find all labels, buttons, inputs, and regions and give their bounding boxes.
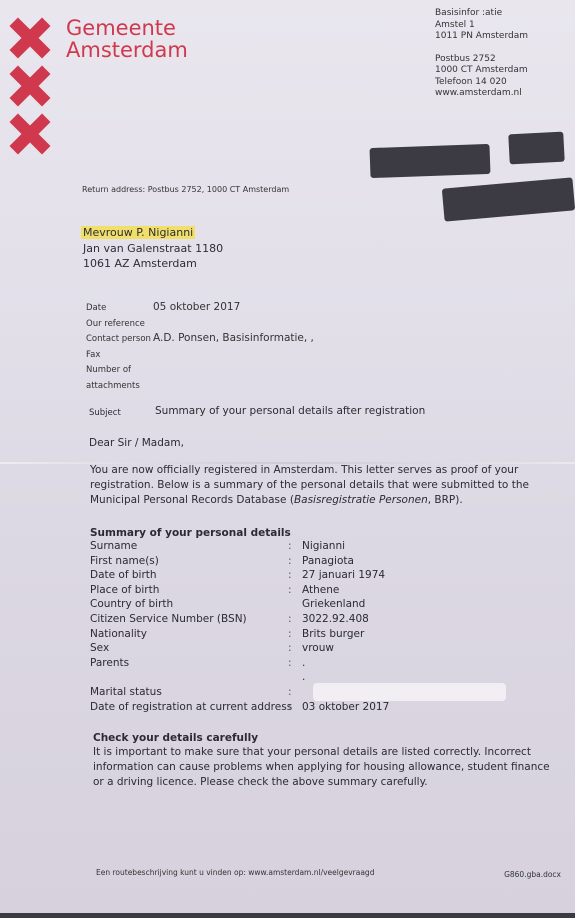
- summary-label: Date of birth: [90, 569, 157, 581]
- summary-value: .: [302, 657, 305, 669]
- date-value: 05 oktober 2017: [153, 301, 240, 313]
- summary-section: Summary of your personal details Surname…: [90, 526, 550, 715]
- brand-name: Gemeente Amsterdam: [66, 17, 188, 61]
- redaction-mark: [508, 132, 564, 165]
- summary-colon: :: [288, 642, 292, 654]
- summary-value: 3022.92.408: [302, 613, 369, 625]
- redaction-mark: [370, 144, 491, 178]
- summary-value: Griekenland: [302, 598, 365, 610]
- summary-label: Citizen Service Number (BSN): [90, 613, 247, 625]
- subject-value: Summary of your personal details after r…: [155, 405, 425, 417]
- summary-row: Citizen Service Number (BSN):3022.92.408: [90, 613, 550, 628]
- three-saint-andrews-crosses-icon: [10, 18, 50, 162]
- sender-website: www.amsterdam.nl: [435, 88, 528, 100]
- footer-doc-id: G860.gba.docx: [504, 870, 561, 879]
- summary-colon: :: [288, 686, 292, 698]
- attachments-label: Number of: [86, 365, 156, 375]
- reference-label: Our reference: [86, 319, 156, 329]
- sender-line: Telefoon 14 020: [435, 77, 528, 89]
- subject-label: Subject: [89, 408, 121, 418]
- sender-line: 1011 PN Amsterdam: [435, 31, 528, 43]
- summary-value: Nigianni: [302, 540, 345, 552]
- summary-colon: :: [288, 628, 292, 640]
- summary-colon: :: [288, 569, 292, 581]
- intro-paragraph: You are now officially registered in Ams…: [90, 463, 560, 508]
- intro-text-end: , BRP).: [428, 494, 463, 506]
- contact-value: A.D. Ponsen, Basisinformatie, ,: [153, 332, 314, 344]
- footer: Een routebeschrijving kunt u vinden op: …: [96, 868, 561, 877]
- summary-value: Panagiota: [302, 555, 354, 567]
- cross-icon: [10, 114, 50, 154]
- contact-label: Contact person: [86, 334, 156, 344]
- summary-row: Parents:.: [90, 657, 550, 672]
- sender-block: Basisinfor :atie Amstel 1 1011 PN Amster…: [435, 8, 528, 100]
- summary-colon: :: [288, 657, 292, 669]
- intro-italic: Basisregistratie Personen: [294, 494, 428, 506]
- summary-row: Surname:Nigianni: [90, 540, 550, 555]
- summary-label: First name(s): [90, 555, 159, 567]
- summary-row: Place of birth:Athene: [90, 584, 550, 599]
- correction-fluid-mark: [313, 683, 506, 701]
- summary-colon: :: [288, 613, 292, 625]
- brand-line-2: Amsterdam: [66, 39, 188, 61]
- footer-route-link: Een routebeschrijving kunt u vinden op: …: [96, 868, 374, 877]
- letter-page: Gemeente Amsterdam Basisinfor :atie Amst…: [0, 0, 575, 913]
- cross-icon: [10, 66, 50, 106]
- summary-colon: :: [288, 584, 292, 596]
- sender-line: Basisinfor :atie: [435, 8, 528, 20]
- summary-label: Country of birth: [90, 598, 173, 610]
- sender-line: 1000 CT Amsterdam: [435, 65, 528, 77]
- summary-value: Athene: [302, 584, 339, 596]
- summary-colon: :: [288, 555, 292, 567]
- summary-value: 03 oktober 2017: [302, 701, 389, 713]
- redaction-mark: [442, 177, 575, 221]
- summary-label: Marital status: [90, 686, 162, 698]
- summary-colon: :: [288, 701, 292, 713]
- check-title: Check your details carefully: [93, 731, 563, 745]
- summary-row: Marital status:: [90, 686, 550, 701]
- attachments-label: attachments: [86, 381, 156, 391]
- summary-label: Parents: [90, 657, 129, 669]
- recipient-city: 1061 AZ Amsterdam: [83, 256, 223, 272]
- recipient-address: Mevrouw P. Nigianni Jan van Galenstraat …: [83, 225, 223, 272]
- return-address: Return address: Postbus 2752, 1000 CT Am…: [82, 185, 289, 194]
- summary-value: 27 januari 1974: [302, 569, 385, 581]
- summary-value: vrouw: [302, 642, 334, 654]
- summary-label: Surname: [90, 540, 137, 552]
- cross-icon: [10, 18, 50, 58]
- fax-label: Fax: [86, 350, 156, 360]
- brand-line-1: Gemeente: [66, 17, 188, 39]
- sender-line: Postbus 2752: [435, 54, 528, 66]
- summary-row: First name(s):Panagiota: [90, 555, 550, 570]
- salutation: Dear Sir / Madam,: [89, 437, 184, 449]
- summary-label: Nationality: [90, 628, 147, 640]
- summary-value: .: [302, 671, 305, 683]
- summary-row: Nationality:Brits burger: [90, 628, 550, 643]
- recipient-street: Jan van Galenstraat 1180: [83, 241, 223, 257]
- summary-value: Brits burger: [302, 628, 364, 640]
- summary-colon: :: [288, 540, 292, 552]
- recipient-name: Mevrouw P. Nigianni: [81, 226, 195, 239]
- summary-row: Date of registration at current address:…: [90, 701, 550, 716]
- summary-label: Place of birth: [90, 584, 159, 596]
- date-label: Date: [86, 303, 156, 313]
- summary-title: Summary of your personal details: [90, 526, 550, 540]
- page-bottom-edge: [0, 913, 575, 918]
- summary-row: Date of birth:27 januari 1974: [90, 569, 550, 584]
- check-text: It is important to make sure that your p…: [93, 745, 563, 790]
- summary-row: Sex:vrouw: [90, 642, 550, 657]
- summary-label: Sex: [90, 642, 109, 654]
- summary-label: Date of registration at current address: [90, 701, 292, 713]
- sender-line: Amstel 1: [435, 20, 528, 32]
- summary-row: Country of birthGriekenland: [90, 598, 550, 613]
- check-section: Check your details carefully It is impor…: [93, 731, 563, 790]
